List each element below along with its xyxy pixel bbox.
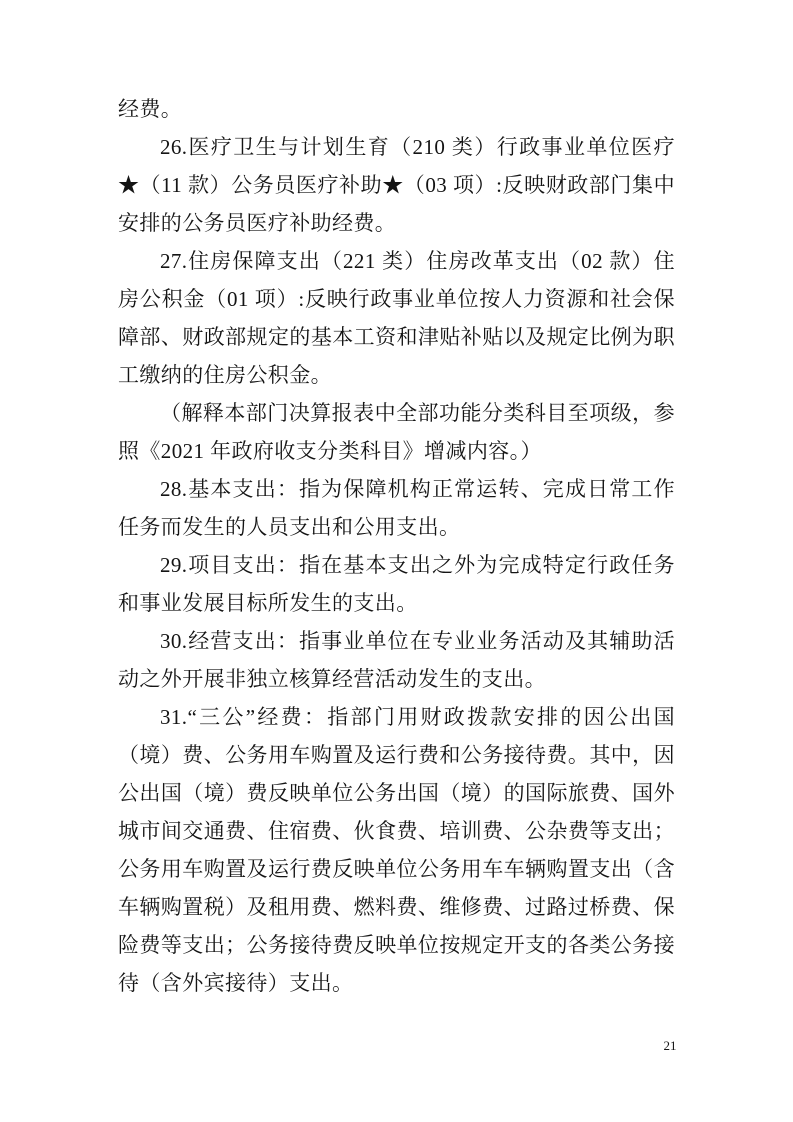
paragraph-continuation: 经费。 bbox=[118, 90, 675, 128]
page-number: 21 bbox=[655, 1038, 685, 1054]
paragraph-item-27: 27.住房保障支出（221 类）住房改革支出（02 款）住房公积金（01 项）:… bbox=[118, 242, 675, 394]
paragraph-item-26: 26.医疗卫生与计划生育（210 类）行政事业单位医疗★（11 款）公务员医疗补… bbox=[118, 128, 675, 242]
paragraph-note: （解释本部门决算报表中全部功能分类科目至项级，参照《2021 年政府收支分类科目… bbox=[118, 394, 675, 470]
body-text: 经费。 26.医疗卫生与计划生育（210 类）行政事业单位医疗★（11 款）公务… bbox=[118, 90, 675, 1002]
document-page: 经费。 26.医疗卫生与计划生育（210 类）行政事业单位医疗★（11 款）公务… bbox=[0, 0, 793, 1122]
paragraph-item-30: 30.经营支出：指事业单位在专业业务活动及其辅助活动之外开展非独立核算经营活动发… bbox=[118, 622, 675, 698]
paragraph-item-29: 29.项目支出：指在基本支出之外为完成特定行政任务和事业发展目标所发生的支出。 bbox=[118, 546, 675, 622]
paragraph-item-28: 28.基本支出：指为保障机构正常运转、完成日常工作任务而发生的人员支出和公用支出… bbox=[118, 470, 675, 546]
paragraph-item-31: 31.“三公”经费：指部门用财政拨款安排的因公出国（境）费、公务用车购置及运行费… bbox=[118, 698, 675, 1002]
